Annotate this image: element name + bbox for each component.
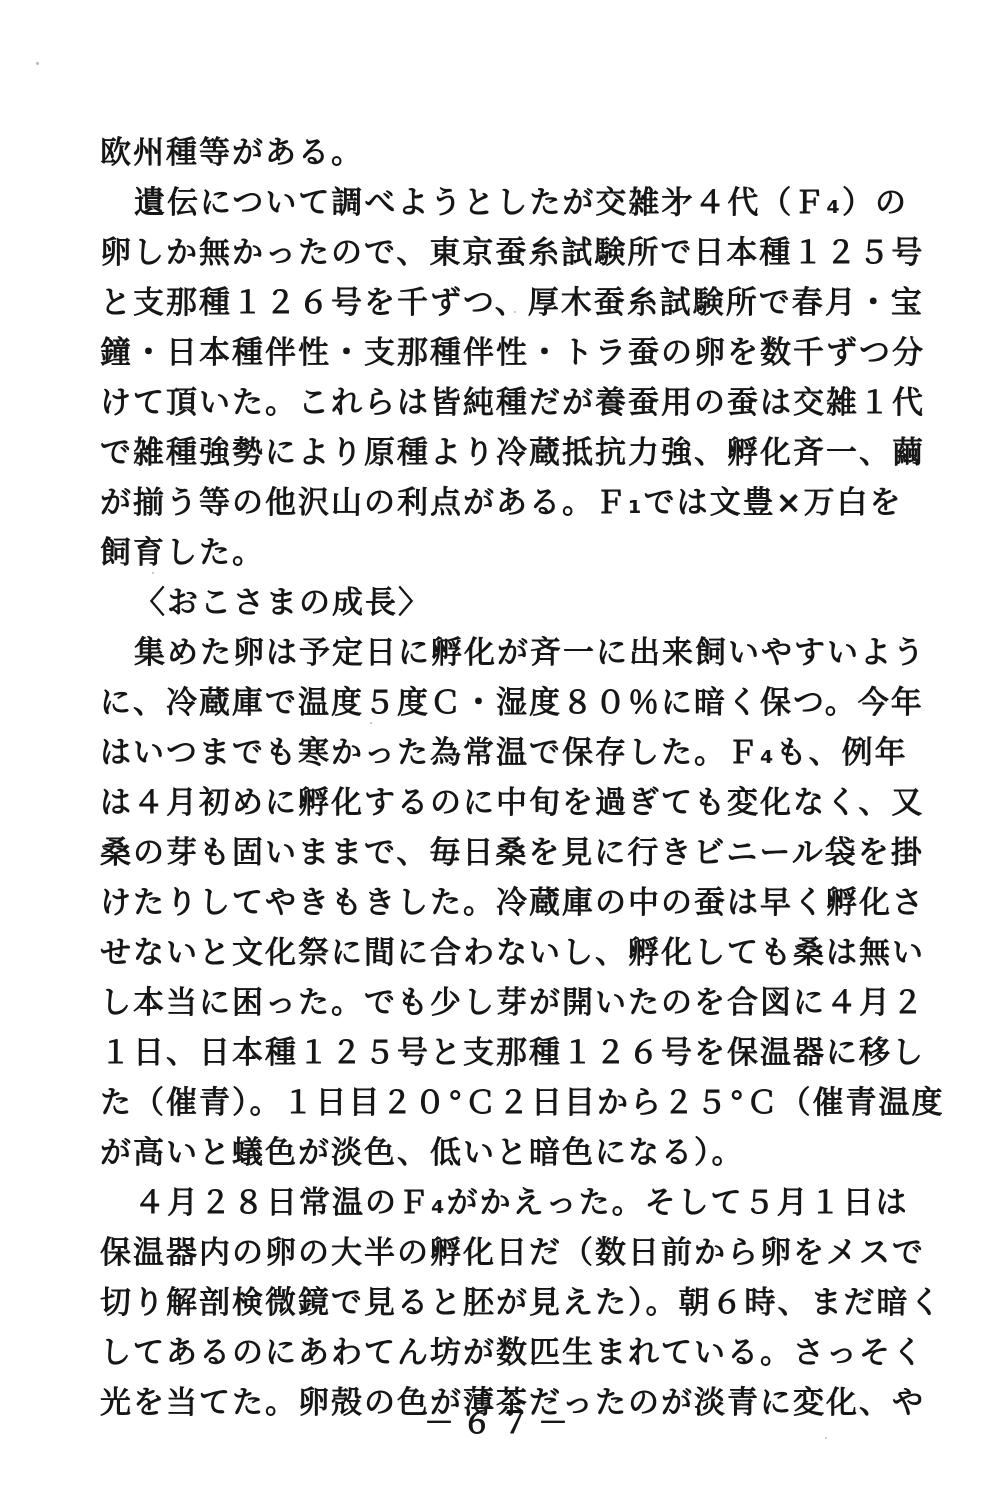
text-line: ４月２８日常温のＦ₄がかえった。そして５月１日は xyxy=(100,1178,960,1228)
text-line: た（催青）。１日目２０°Ｃ２日目から２５°Ｃ（催青温度 xyxy=(100,1078,960,1128)
text-line: はいつまでも寒かった為常温で保存した。Ｆ₄も、例年 xyxy=(100,728,960,778)
text-line: してあるのにあわてん坊が数匹生まれている。さっそく xyxy=(100,1328,960,1378)
text-line: 保温器内の卵の大半の孵化日だ（数日前から卵をメスで xyxy=(100,1228,960,1278)
text-line: 切り解剖検微鏡で見ると胚が見えた）。朝６時、まだ暗く xyxy=(100,1278,960,1328)
text-line: 遺伝について調べようとしたが交雑㐧４代（Ｆ₄）の xyxy=(100,178,960,228)
text-line: で雑種強勢により原種より冷蔵抵抗力強、孵化斉一、繭 xyxy=(100,428,960,478)
text-line: は４月初めに孵化するのに中旬を過ぎても変化なく、又 xyxy=(100,778,960,828)
section-heading: 〈おこさまの成長〉 xyxy=(100,578,960,628)
scan-speckle xyxy=(825,1437,827,1439)
text-line: 飼育した。 xyxy=(100,528,960,578)
page-number: －６７－ xyxy=(0,1404,1000,1444)
text-line: と支那種１２６号を千ずつ、厚木蚕糸試験所で春月・宝 xyxy=(100,278,960,328)
text-line: に、冷蔵庫で温度５度Ｃ・湿度８０％に暗く保つ。今年 xyxy=(100,678,960,728)
text-block: 欧州種等がある。 遺伝について調べようとしたが交雑㐧４代（Ｆ₄）の 卵しか無かっ… xyxy=(100,128,960,1428)
scan-speckle xyxy=(152,572,154,574)
text-line: 欧州種等がある。 xyxy=(100,128,960,178)
text-line: けて頂いた。これらは皆純種だが養蚕用の蚕は交雑１代 xyxy=(100,378,960,428)
text-line: が高いと蟻色が淡色、低いと暗色になる）。 xyxy=(100,1128,960,1178)
text-line: 卵しか無かったので、東京蚕糸試験所で日本種１２５号 xyxy=(100,228,960,278)
text-line: せないと文化祭に間に合わないし、孵化しても桑は無い xyxy=(100,928,960,978)
text-line: し本当に困った。でも少し芽が開いたのを合図に４月２ xyxy=(100,978,960,1028)
document-page: 欧州種等がある。 遺伝について調べようとしたが交雑㐧４代（Ｆ₄）の 卵しか無かっ… xyxy=(0,0,1000,1489)
text-line: 桑の芽も固いままで、毎日桑を見に行きビニール袋を掛 xyxy=(100,828,960,878)
text-line: １日、日本種１２５号と支那種１２６号を保温器に移し xyxy=(100,1028,960,1078)
text-line: 鐘・日本種伴性・支那種伴性・トラ蚕の卵を数千ずつ分 xyxy=(100,328,960,378)
scan-speckle xyxy=(370,722,372,724)
scan-speckle xyxy=(36,62,39,65)
scan-speckle xyxy=(514,311,516,313)
text-line: が揃う等の他沢山の利点がある。Ｆ₁では文豊×万白を xyxy=(100,478,960,528)
text-line: けたりしてやきもきした。冷蔵庫の中の蚕は早く孵化さ xyxy=(100,878,960,928)
text-line: 集めた卵は予定日に孵化が斉一に出来飼いやすいよう xyxy=(100,628,960,678)
